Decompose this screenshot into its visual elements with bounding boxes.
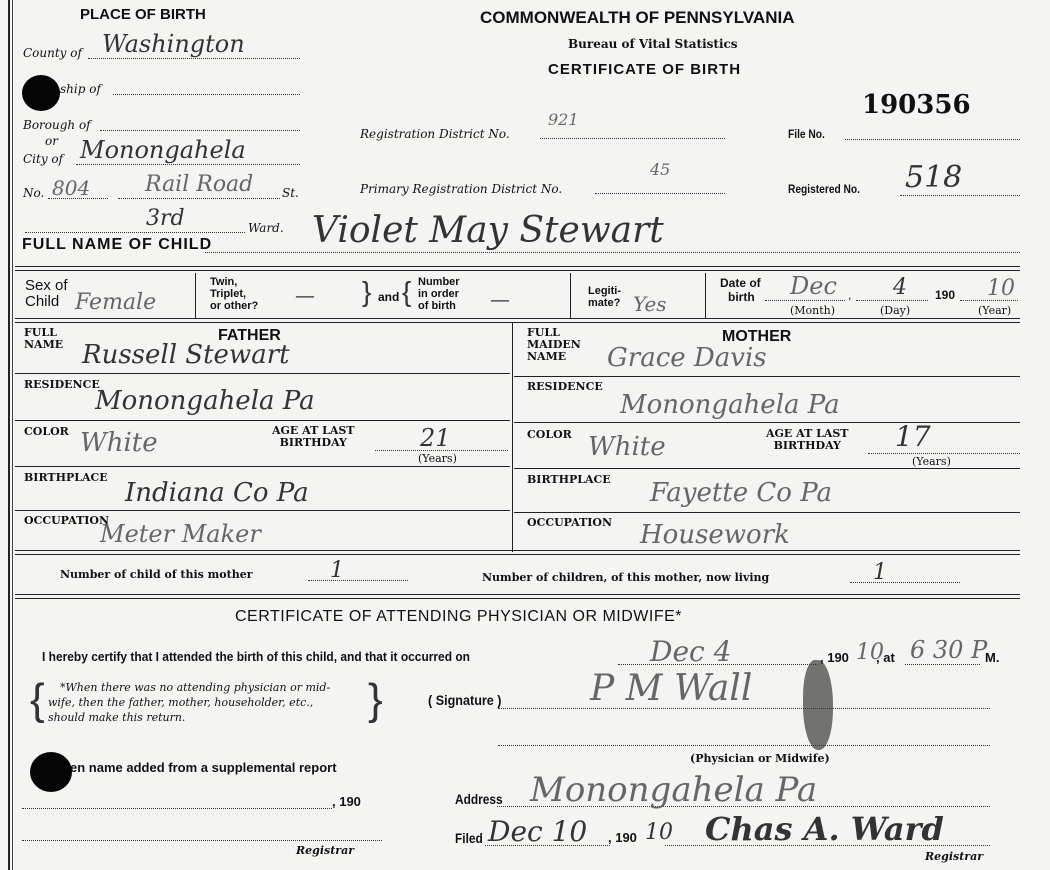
divider (15, 510, 510, 511)
father-color-value: White (80, 428, 158, 458)
sex-label: Sex of Child (25, 278, 68, 310)
and-label: and (378, 290, 399, 304)
punch-hole-bottom (30, 752, 72, 792)
registrar-caption: Registrar (925, 850, 983, 863)
divider (514, 468, 1020, 469)
mother-color-value: White (588, 432, 666, 462)
divider (15, 550, 1020, 551)
county-line (88, 58, 300, 59)
or-label: or (45, 134, 58, 148)
mother-occupation-value: Housework (640, 520, 790, 550)
city-value: Monongahela (80, 136, 246, 164)
divider (514, 422, 1020, 423)
sex-value: Female (75, 290, 156, 315)
full-name-label: FULL NAME OF CHILD (22, 236, 212, 254)
number-of-child-label: Number of child of this mother (60, 568, 253, 581)
certify-text: I hereby certify that I attended the bir… (42, 649, 470, 664)
sex-label-line1: Sex of (25, 278, 68, 294)
day-caption: (Day) (880, 304, 910, 317)
father-name-value: Russell Stewart (82, 340, 290, 370)
divider (15, 270, 1020, 271)
dob-label-line2: birth (720, 290, 761, 304)
mother-residence-label: RESIDENCE (527, 380, 603, 393)
dob-day-value: 4 (893, 275, 907, 300)
street-line (118, 198, 280, 199)
sex-label-line2: Child (25, 294, 68, 310)
township-label: ship of (60, 82, 101, 96)
filed-label: Filed (455, 830, 483, 846)
divider (15, 420, 510, 421)
father-birthplace-value: Indiana Co Pa (125, 478, 309, 508)
order-value: — (490, 287, 510, 311)
time-value: 6 30 P (910, 636, 987, 664)
occurred-year-prefix: , 190 (820, 650, 849, 665)
place-of-birth-title: PLACE OF BIRTH (80, 6, 206, 23)
legit-label-line1: Legiti- (588, 285, 621, 297)
supplemental-year-prefix: , 190 (332, 794, 361, 809)
father-birthplace-label: BIRTHPLACE (24, 471, 108, 484)
mother-birthplace-value: Fayette Co Pa (650, 478, 832, 508)
number-of-child-value: 1 (330, 558, 344, 583)
registrar-signature-value: Chas A. Ward (705, 810, 944, 848)
divider (195, 273, 196, 318)
address-label: Address (455, 791, 503, 807)
mother-age-line (868, 453, 1020, 454)
father-color-label: COLOR (24, 425, 69, 438)
signature-label: ( Signature ) (428, 692, 502, 708)
registered-no-value: 518 (905, 160, 962, 195)
divider (570, 273, 571, 318)
divider (705, 273, 706, 318)
registration-district-label: Registration District No. (360, 127, 510, 141)
at-label: , at (876, 650, 895, 665)
divider (15, 594, 1020, 595)
father-occupation-value: Meter Maker (100, 520, 261, 548)
file-no-line (845, 139, 1020, 140)
father-years-caption: (Years) (418, 452, 457, 465)
twin-label: Twin, Triplet, or other? (210, 276, 258, 312)
filed-year-value: 10 (645, 820, 673, 845)
footnote-line3: should make this return. (48, 710, 330, 725)
divider (15, 598, 1020, 599)
township-line (113, 94, 300, 95)
mother-name-value: Grace Davis (607, 343, 767, 373)
ink-stain (803, 660, 833, 750)
number-of-child-line (308, 580, 408, 581)
comma: , (848, 288, 851, 302)
street-number-value: 804 (52, 176, 90, 200)
mother-full-name-label: FULL MAIDEN NAME (527, 327, 581, 363)
order-label-line1: Number (418, 276, 460, 288)
child-full-name-value: Violet May Stewart (312, 210, 664, 251)
physician-caption: (Physician or Midwife) (690, 752, 830, 765)
footnote-brace-left: { (30, 678, 45, 722)
legitimate-value: Yes (633, 292, 667, 316)
month-caption: (Month) (790, 304, 835, 317)
mother-age-label: AGE AT LAST BIRTHDAY (766, 428, 849, 452)
divider (15, 373, 510, 374)
primary-district-value: 45 (650, 160, 670, 179)
primary-district-line (595, 193, 725, 194)
dob-month-value: Dec (790, 272, 837, 300)
mother-age-value: 17 (895, 420, 931, 453)
bureau-title: Bureau of Vital Statistics (568, 37, 738, 51)
mother-years-caption: (Years) (912, 455, 951, 468)
order-label-line2: in order (418, 288, 460, 300)
dob-day-line (856, 300, 928, 301)
filed-date-value: Dec 10 (488, 815, 587, 848)
year-caption: (Year) (978, 304, 1011, 317)
registration-district-line (540, 138, 725, 139)
signature-line-2 (498, 745, 990, 746)
ward-line (25, 232, 245, 233)
registration-district-value: 921 (548, 110, 579, 129)
file-no-label: File No. (788, 127, 825, 141)
divider (15, 554, 1020, 555)
left-border-inner (12, 0, 13, 870)
father-residence-value: Monongahela Pa (95, 386, 315, 416)
time-line (905, 664, 980, 665)
borough-line (100, 130, 300, 131)
ward-value: 3rd (146, 206, 185, 231)
children-living-line (850, 582, 960, 583)
no-label: No. (23, 186, 44, 200)
punch-hole-top (22, 75, 60, 111)
twin-value: — (295, 283, 315, 307)
mother-color-label: COLOR (527, 428, 572, 441)
county-value: Washington (102, 30, 245, 58)
dob-label-line1: Date of (720, 276, 761, 290)
physician-section-title: CERTIFICATE OF ATTENDING PHYSICIAN OR MI… (235, 608, 682, 626)
address-value: Monongahela Pa (530, 770, 817, 810)
mother-birthplace-label: BIRTHPLACE (527, 473, 611, 486)
legitimate-label: Legiti- mate? (588, 285, 621, 309)
filed-year-prefix: , 190 (608, 830, 637, 845)
father-full-name-label: FULL NAME (24, 327, 63, 351)
divider (15, 266, 1020, 267)
footnote-text: *When there was no attending physician o… (48, 680, 330, 725)
left-border (8, 0, 10, 870)
supplemental-registrar-caption: Registrar (296, 844, 354, 857)
city-label: City of (23, 152, 63, 166)
registered-no-line (900, 195, 1020, 196)
brace-right: } (362, 276, 371, 308)
county-label: County of (23, 46, 82, 60)
order-label-line3: of birth (418, 300, 460, 312)
primary-district-label: Primary Registration District No. (360, 182, 562, 196)
children-living-label: Number of children, of this mother, now … (482, 571, 769, 584)
mother-full-label-3: NAME (527, 351, 581, 363)
twin-label-line1: Twin, (210, 276, 258, 288)
supplemental-date-line (22, 808, 332, 809)
divider (514, 376, 1020, 377)
brace-left: { (402, 276, 411, 308)
divider (15, 466, 510, 467)
father-age-label: AGE AT LAST BIRTHDAY (272, 425, 355, 449)
dob-year-value: 10 (987, 276, 1015, 301)
city-line (76, 164, 300, 165)
legit-label-line2: mate? (588, 297, 621, 309)
parent-divider (512, 322, 513, 552)
full-name-line (205, 252, 1020, 253)
footnote-line2: wife, then the father, mother, household… (48, 695, 330, 710)
divider (15, 318, 1020, 319)
order-label: Number in order of birth (418, 276, 460, 312)
father-residence-label: RESIDENCE (24, 378, 100, 391)
commonwealth-title: COMMONWEALTH OF PENNSYLVANIA (480, 8, 794, 28)
father-full-label-2: NAME (24, 339, 63, 351)
file-number-stamp: 190356 (862, 90, 971, 120)
dob-year-prefix: 190 (935, 288, 955, 302)
footnote-line1: *When there was no attending physician o… (48, 680, 330, 695)
twin-label-line3: or other? (210, 300, 258, 312)
divider (15, 322, 1020, 323)
mother-residence-value: Monongahela Pa (620, 390, 840, 420)
divider (514, 512, 1020, 513)
mother-age-label-2: BIRTHDAY (766, 440, 849, 452)
ward-label: Ward. (248, 221, 284, 235)
children-living-value: 1 (873, 560, 887, 585)
supplemental-registrar-line (22, 840, 382, 841)
street-value: Rail Road (145, 172, 253, 197)
dob-label: Date of birth (720, 276, 761, 304)
footnote-brace-right: } (368, 678, 383, 722)
twin-label-line2: Triplet, (210, 288, 258, 300)
mother-occupation-label: OCCUPATION (527, 516, 612, 529)
supplemental-text: en name added from a supplemental report (70, 760, 337, 775)
registered-no-label: Registered No. (788, 182, 860, 196)
m-label: M. (985, 650, 999, 665)
physician-signature-value: P M Wall (590, 668, 752, 709)
father-occupation-label: OCCUPATION (24, 514, 109, 527)
father-age-label-2: BIRTHDAY (272, 437, 355, 449)
occurred-date-value: Dec 4 (650, 635, 731, 668)
dob-month-line (765, 300, 845, 301)
borough-label: Borough of (23, 118, 91, 132)
st-label: St. (282, 186, 299, 200)
father-age-value: 21 (420, 424, 451, 452)
certificate-title: CERTIFICATE OF BIRTH (548, 61, 741, 78)
